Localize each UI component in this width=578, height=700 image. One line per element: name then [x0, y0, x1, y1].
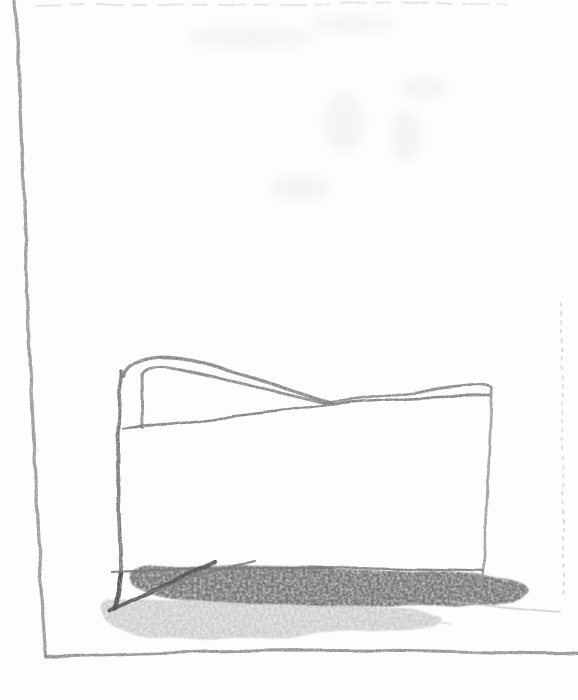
sketch-page: Pencil sketch: open rectangular box with… — [0, 0, 578, 700]
pencil-sketch: Pencil sketch: open rectangular box with… — [0, 0, 578, 700]
smudge-blob — [324, 92, 364, 152]
smudge-blob — [188, 27, 312, 49]
smudge-blob — [400, 77, 448, 99]
smudge-blob — [270, 175, 330, 201]
smudge-blob — [310, 15, 394, 33]
smudge-blob — [391, 110, 421, 162]
